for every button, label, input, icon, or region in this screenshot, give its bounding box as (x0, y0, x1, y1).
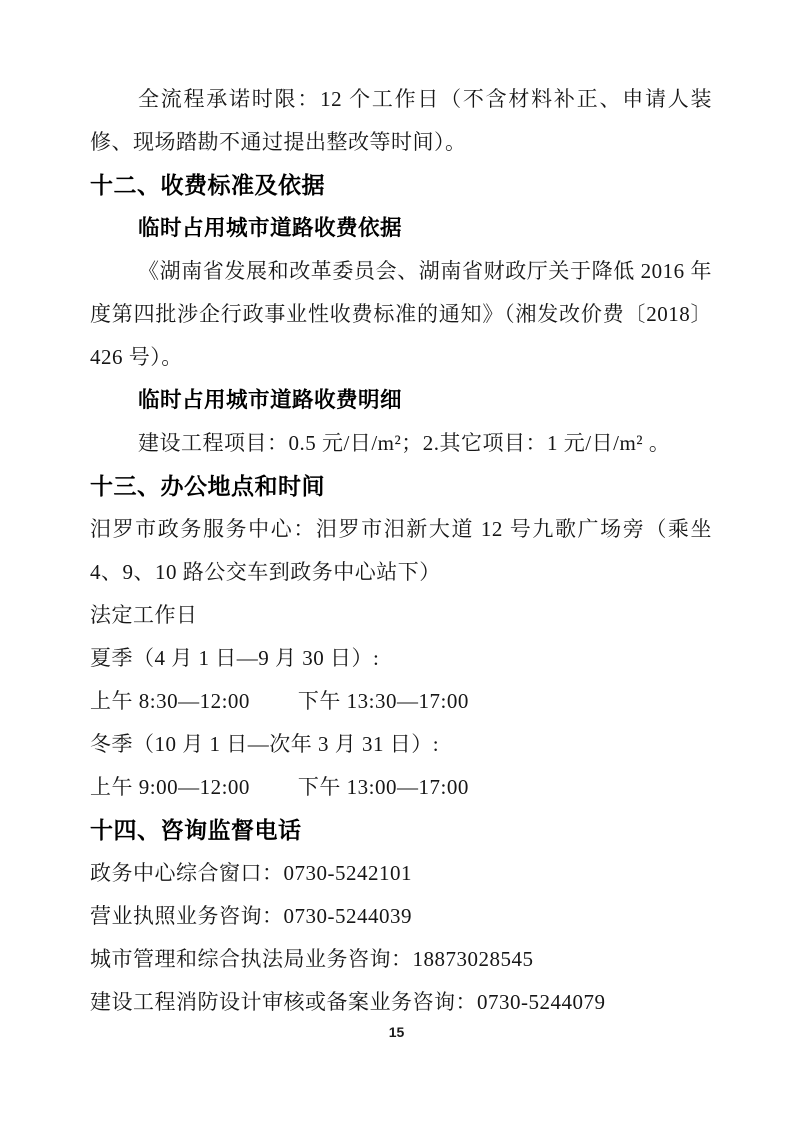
paragraph-promise-time: 全流程承诺时限：12 个工作日（不含材料补正、申请人装修、现场踏勘不通过提出整改… (90, 78, 712, 164)
heading-section-13: 十三、办公地点和时间 (90, 465, 712, 508)
paragraph-workday-label: 法定工作日 (90, 594, 712, 637)
winter-pm-time: 下午 13:00—17:00 (298, 766, 469, 809)
paragraph-service-center-address: 汨罗市政务服务中心：汨罗市汨新大道 12 号九歌广场旁（乘坐 4、9、10 路公… (90, 508, 712, 594)
phone-line-business-license: 营业执照业务咨询：0730-5244039 (90, 895, 712, 938)
winter-am-time: 上午 9:00—12:00 (90, 766, 250, 809)
heading-section-12: 十二、收费标准及依据 (90, 164, 712, 207)
paragraph-winter-label: 冬季（10 月 1 日—次年 3 月 31 日）: (90, 723, 712, 766)
document-content: 全流程承诺时限：12 个工作日（不含材料补正、申请人装修、现场踏勘不通过提出整改… (90, 78, 712, 1024)
summer-pm-time: 下午 13:30—17:00 (298, 680, 469, 723)
document-page: 全流程承诺时限：12 个工作日（不含材料补正、申请人装修、现场踏勘不通过提出整改… (0, 0, 793, 1122)
summer-am-time: 上午 8:30—12:00 (90, 680, 250, 723)
summer-schedule-row: 上午 8:30—12:00 下午 13:30—17:00 (90, 680, 712, 723)
phone-line-fire-design: 建设工程消防设计审核或备案业务咨询：0730-5244079 (90, 981, 712, 1024)
winter-schedule-row: 上午 9:00—12:00 下午 13:00—17:00 (90, 766, 712, 809)
subheading-fee-basis: 临时占用城市道路收费依据 (138, 207, 712, 250)
paragraph-summer-label: 夏季（4 月 1 日—9 月 30 日）: (90, 637, 712, 680)
phone-line-urban-management: 城市管理和综合执法局业务咨询：18873028545 (90, 938, 712, 981)
subheading-fee-detail: 临时占用城市道路收费明细 (138, 379, 712, 422)
paragraph-fee-basis: 《湖南省发展和改革委员会、湖南省财政厅关于降低 2016 年度第四批涉企行政事业… (90, 250, 712, 379)
phone-line-service-center: 政务中心综合窗口：0730-5242101 (90, 852, 712, 895)
heading-section-14: 十四、咨询监督电话 (90, 809, 712, 852)
page-number: 15 (0, 1022, 793, 1042)
paragraph-fee-detail: 建设工程项目：0.5 元/日/m²；2.其它项目：1 元/日/m² 。 (90, 422, 712, 465)
